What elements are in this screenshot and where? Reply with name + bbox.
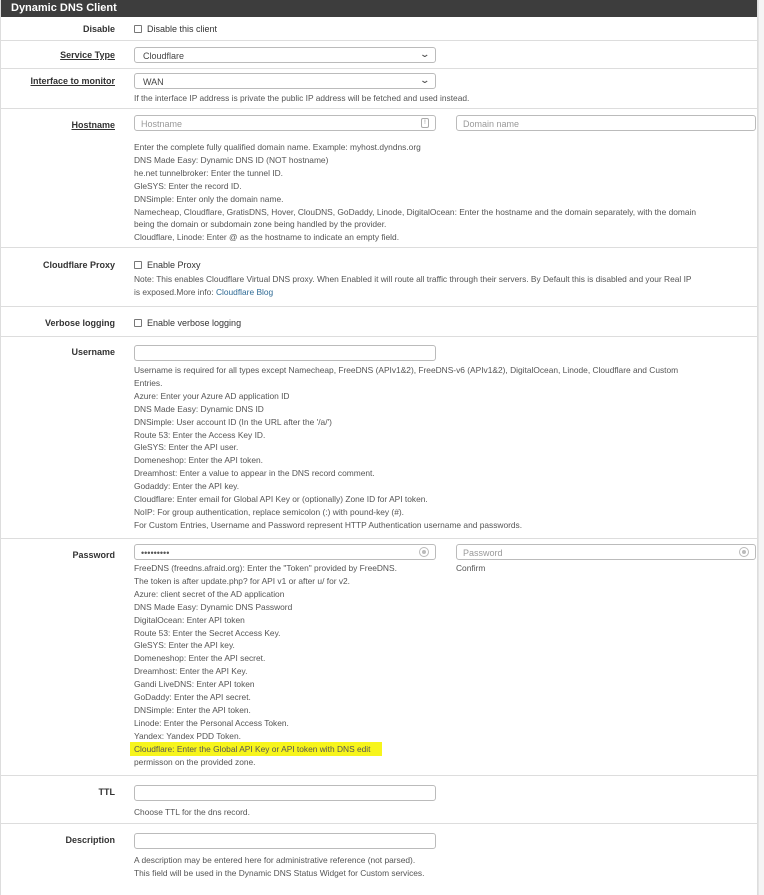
password-label: Password <box>1 550 115 560</box>
help-line: Cloudflare, Linode: Enter @ as the hostn… <box>134 231 751 244</box>
page-scrollbar[interactable] <box>758 0 764 895</box>
help-line: Route 53: Enter the Secret Access Key. <box>134 627 751 640</box>
help-line: GoDaddy: Enter the API secret. <box>134 691 751 704</box>
help-line: Domeneshop: Enter the API token. <box>134 454 751 467</box>
help-line: GleSYS: Enter the API key. <box>134 639 751 652</box>
username-input[interactable] <box>134 345 436 361</box>
username-label: Username <box>1 347 115 357</box>
ttl-help: Choose TTL for the dns record. <box>134 806 751 819</box>
help-line: Godaddy: Enter the API key. <box>134 480 751 493</box>
help-line: GleSYS: Enter the record ID. <box>134 180 751 193</box>
help-line: For Custom Entries, Username and Passwor… <box>134 519 751 532</box>
help-line: Dreamhost: Enter a value to appear in th… <box>134 467 751 480</box>
row-cloudflare-proxy: Cloudflare Proxy Enable Proxy Note: This… <box>1 248 757 307</box>
disable-checkbox-label: Disable this client <box>147 24 217 34</box>
password-help: FreeDNS (freedns.afraid.org): Enter the … <box>134 562 751 769</box>
disable-checkbox-row[interactable]: Disable this client <box>134 24 217 34</box>
help-line: FreeDNS (freedns.afraid.org): Enter the … <box>134 562 751 575</box>
help-line: DNS Made Easy: Dynamic DNS ID (NOT hostn… <box>134 154 751 167</box>
hostname-input[interactable]: Hostname ! <box>134 115 436 131</box>
domain-name-input[interactable]: Domain name <box>456 115 756 131</box>
confirm-password-input[interactable]: Password <box>456 544 756 560</box>
service-type-select[interactable]: Cloudflare ⌄ <box>134 47 436 63</box>
verbose-logging-checkbox-label: Enable verbose logging <box>147 318 241 328</box>
help-line: Route 53: Enter the Access Key ID. <box>134 429 751 442</box>
panel-title: Dynamic DNS Client <box>1 0 757 17</box>
help-line: This field will be used in the Dynamic D… <box>134 867 751 880</box>
help-line: NoIP: For group authentication, replace … <box>134 506 751 519</box>
help-line: Note: This enables Cloudflare Virtual DN… <box>134 273 751 286</box>
service-type-value: Cloudflare <box>143 51 184 61</box>
enable-proxy-checkbox[interactable] <box>134 261 142 269</box>
disable-label: Disable <box>1 24 115 34</box>
chevron-down-icon: ⌄ <box>420 49 431 60</box>
help-line: A description may be entered here for ad… <box>134 854 751 867</box>
reveal-password-icon[interactable] <box>739 547 749 557</box>
help-line: Gandi LiveDNS: Enter API token <box>134 678 751 691</box>
disable-checkbox[interactable] <box>134 25 142 33</box>
hostname-placeholder: Hostname <box>141 119 182 129</box>
password-input[interactable]: ••••••••• <box>134 544 436 560</box>
dynamic-dns-client-panel: Dynamic DNS Client Disable Disable this … <box>0 0 758 895</box>
help-line: Namecheap, Cloudflare, GratisDNS, Hover,… <box>134 206 751 219</box>
reveal-password-icon[interactable] <box>419 547 429 557</box>
help-line: Username is required for all types excep… <box>134 364 751 377</box>
row-description: Description A description may be entered… <box>1 824 757 884</box>
help-line: GleSYS: Enter the API user. <box>134 441 751 454</box>
username-help: Username is required for all types excep… <box>134 364 751 532</box>
description-label: Description <box>1 835 115 845</box>
password-value: ••••••••• <box>141 548 169 558</box>
ttl-label: TTL <box>1 787 115 797</box>
highlighted-help-line: Cloudflare: Enter the Global API Key or … <box>130 742 382 756</box>
cloudflare-proxy-label: Cloudflare Proxy <box>1 260 115 270</box>
help-line: Azure: Enter your Azure AD application I… <box>134 390 751 403</box>
row-ttl: TTL Choose TTL for the dns record. <box>1 776 757 824</box>
confirm-password-placeholder: Password <box>463 548 503 558</box>
row-username: Username Username is required for all ty… <box>1 337 757 539</box>
help-line: DNS Made Easy: Dynamic DNS ID <box>134 403 751 416</box>
description-input[interactable] <box>134 833 436 849</box>
help-line: DNS Made Easy: Dynamic DNS Password <box>134 601 751 614</box>
verbose-logging-checkbox-row[interactable]: Enable verbose logging <box>134 318 241 328</box>
interface-label[interactable]: Interface to monitor <box>1 76 115 86</box>
interface-value: WAN <box>143 77 164 87</box>
help-line: Dreamhost: Enter the API Key. <box>134 665 751 678</box>
help-text: is exposed.More info: <box>134 287 216 297</box>
row-disable: Disable Disable this client <box>1 17 757 41</box>
enable-proxy-label: Enable Proxy <box>147 260 201 270</box>
help-line: Enter the complete fully qualified domai… <box>134 141 751 154</box>
help-line: DNSimple: Enter the API token. <box>134 704 751 717</box>
help-line: Cloudflare: Enter email for Global API K… <box>134 493 751 506</box>
ttl-input[interactable] <box>134 785 436 801</box>
row-verbose-logging: Verbose logging Enable verbose logging <box>1 307 757 337</box>
interface-help: If the interface IP address is private t… <box>134 92 751 105</box>
autofill-key-icon[interactable]: ! <box>421 118 429 128</box>
verbose-logging-checkbox[interactable] <box>134 319 142 327</box>
cloudflare-blog-link[interactable]: Cloudflare Blog <box>216 287 273 297</box>
help-line: is exposed.More info: Cloudflare Blog <box>134 286 751 299</box>
help-line: DigitalOcean: Enter API token <box>134 614 751 627</box>
help-line: The token is after update.php? for API v… <box>134 575 751 588</box>
help-line: Entries. <box>134 377 751 390</box>
domain-name-placeholder: Domain name <box>463 119 519 129</box>
help-line: he.net tunnelbroker: Enter the tunnel ID… <box>134 167 751 180</box>
help-line: being the domain or subdomain zone being… <box>134 218 751 231</box>
enable-proxy-checkbox-row[interactable]: Enable Proxy <box>134 260 201 270</box>
help-line: Yandex: Yandex PDD Token. <box>134 730 751 743</box>
help-line: Azure: client secret of the AD applicati… <box>134 588 751 601</box>
cloudflare-proxy-help: Note: This enables Cloudflare Virtual DN… <box>134 273 751 299</box>
hostname-help: Enter the complete fully qualified domai… <box>134 141 751 244</box>
confirm-label: Confirm <box>456 562 485 575</box>
row-password: Password ••••••••• Password Confirm Free… <box>1 539 757 776</box>
description-help: A description may be entered here for ad… <box>134 854 751 880</box>
help-line: permisson on the provided zone. <box>134 756 751 769</box>
interface-select[interactable]: WAN ⌄ <box>134 73 436 89</box>
row-interface: Interface to monitor WAN ⌄ If the interf… <box>1 69 757 109</box>
help-line: DNSimple: User account ID (In the URL af… <box>134 416 751 429</box>
help-line: DNSimple: Enter only the domain name. <box>134 193 751 206</box>
row-hostname: Hostname Hostname ! Domain name Enter th… <box>1 109 757 248</box>
hostname-label[interactable]: Hostname <box>1 120 115 130</box>
help-line: Linode: Enter the Personal Access Token. <box>134 717 751 730</box>
row-service-type: Service Type Cloudflare ⌄ <box>1 41 757 69</box>
help-line: Domeneshop: Enter the API secret. <box>134 652 751 665</box>
service-type-label[interactable]: Service Type <box>1 50 115 60</box>
verbose-logging-label: Verbose logging <box>1 318 115 328</box>
chevron-down-icon: ⌄ <box>420 75 431 86</box>
